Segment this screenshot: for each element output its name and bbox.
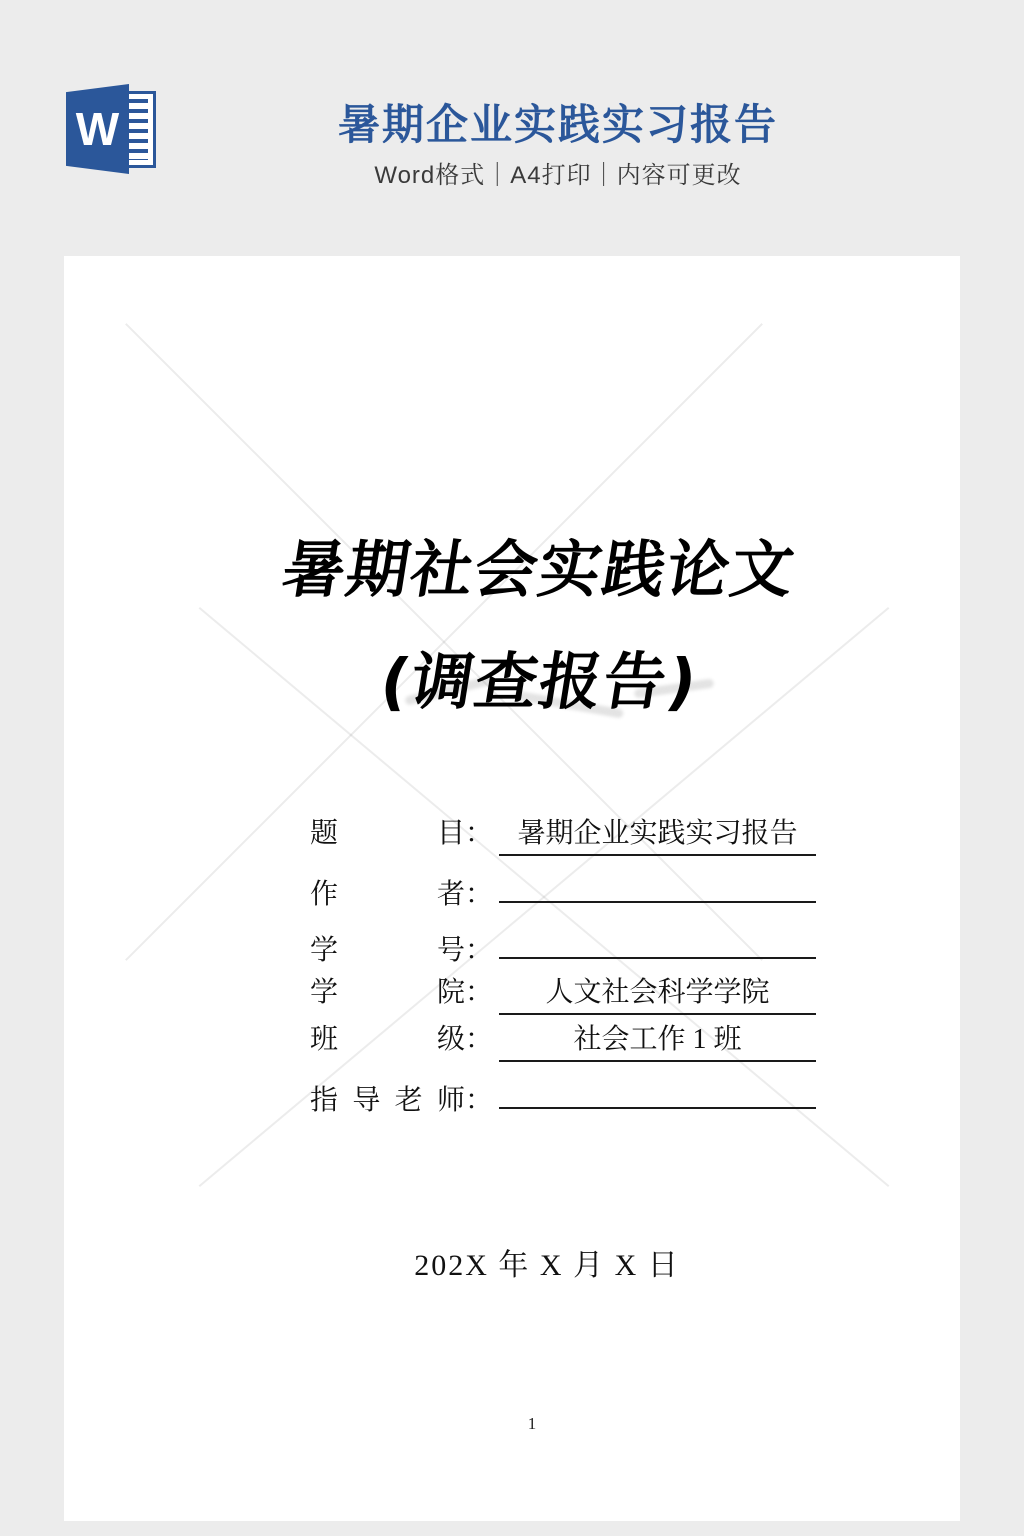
field-underline: 人文社会科学学院 — [499, 975, 816, 1015]
field-label: 班级 — [310, 1022, 465, 1057]
field-value: 社会工作 1 班 — [574, 1024, 742, 1055]
field-underline: 社会工作 1 班 — [499, 1022, 816, 1062]
form-field-row: 作者： — [310, 863, 816, 912]
field-colon: ： — [465, 877, 493, 912]
cover-title-line2: (调查报告) — [64, 632, 960, 721]
field-label: 作者 — [310, 877, 465, 912]
field-underline: 暑期企业实践实习报告 — [499, 816, 816, 856]
field-value: 暑期企业实践实习报告 — [518, 818, 798, 849]
form-field-row: 班级：社会工作 1 班 — [310, 1022, 816, 1062]
cover-title-line1: 暑期社会实践论文 — [64, 520, 960, 609]
field-colon: ： — [465, 1022, 493, 1057]
form-field-row: 题目：暑期企业实践实习报告 — [310, 816, 816, 856]
field-colon: ： — [465, 975, 493, 1010]
field-colon: ： — [465, 816, 493, 851]
field-label: 学院 — [310, 975, 465, 1010]
form-field-row: 指导老师： — [310, 1069, 816, 1118]
field-underline — [499, 863, 816, 903]
document-page: 暑期社会实践论文 (调查报告) 题目：暑期企业实践实习报告作者：学号：学院：人文… — [64, 256, 960, 1521]
field-value: 人文社会科学学院 — [546, 977, 770, 1008]
field-colon: ： — [465, 1083, 493, 1118]
field-colon: ： — [465, 933, 493, 968]
header-title: 暑期企业实践实习报告 — [0, 92, 1024, 152]
cover-date: 202X 年 X 月 X 日 — [64, 1240, 960, 1284]
form-field-row: 学院：人文社会科学学院 — [310, 975, 816, 1015]
page-number: 1 — [64, 1414, 960, 1434]
form-fields: 题目：暑期企业实践实习报告作者：学号：学院：人文社会科学学院班级：社会工作 1 … — [310, 816, 816, 1125]
field-label: 指导老师 — [310, 1083, 465, 1118]
screen: W 暑期企业实践实习报告 Word格式｜A4打印｜内容可更改 暑期社会实践论文 … — [0, 0, 1024, 1536]
form-field-row: 学号： — [310, 919, 816, 968]
field-underline — [499, 919, 816, 959]
header-subtitle: Word格式｜A4打印｜内容可更改 — [0, 155, 1024, 190]
field-underline — [499, 1069, 816, 1109]
field-label: 题目 — [310, 816, 465, 851]
field-label: 学号 — [310, 933, 465, 968]
